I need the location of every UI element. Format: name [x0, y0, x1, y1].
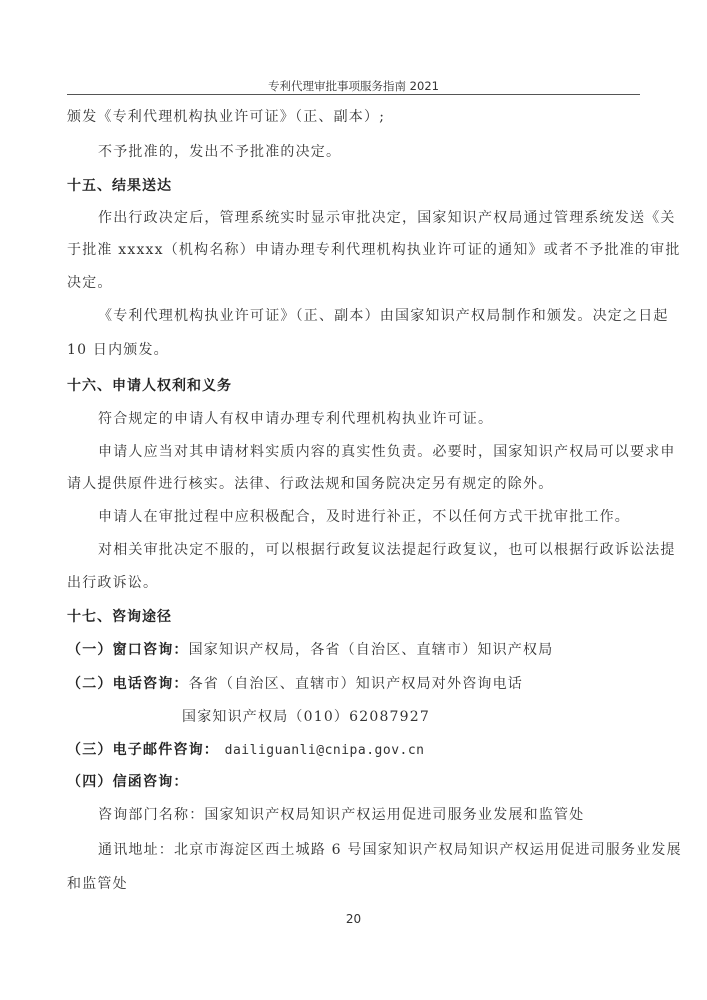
paragraph-line: 颁发《专利代理机构执业许可证》（正、副本）; [67, 107, 642, 127]
section-heading-17: 十七、咨询途径 [67, 607, 642, 627]
consult-letter-label: （四）信函咨询： [67, 772, 642, 792]
paragraph-line: 《专利代理机构执业许可证》（正、副本）由国家知识产权局制作和颁发。决定之日起 [67, 306, 673, 326]
section-heading-16: 十六、申请人权利和义务 [67, 376, 642, 396]
page-number: 20 [0, 912, 707, 926]
paragraph-line: 申请人在审批过程中应积极配合，及时进行补正，不以任何方式干扰审批工作。 [67, 507, 673, 527]
paragraph-line: 符合规定的申请人有权申请办理专利代理机构执业许可证。 [67, 409, 673, 429]
paragraph-line: 决定。 [67, 273, 642, 293]
consult-window-label: （一）窗口咨询： [67, 642, 189, 658]
consult-address-line: 和监管处 [67, 874, 642, 894]
consult-address-line: 通讯地址：北京市海淀区西土城路 6 号国家知识产权局知识产权运用促进司服务业发展 [67, 840, 673, 860]
consult-email-row: （三）电子邮件咨询： dailiguanli@cnipa.gov.cn [67, 740, 642, 761]
page-header-title: 专利代理审批事项服务指南 2021 [0, 78, 707, 94]
section-heading-15: 十五、结果送达 [67, 176, 642, 196]
consult-dept: 咨询部门名称：国家知识产权局知识产权运用促进司服务业发展和监管处 [67, 805, 673, 825]
consult-phone-label: （二）电话咨询： [67, 676, 189, 692]
consult-phone-value-2: 国家知识产权局（010）62087927 [67, 707, 707, 727]
header-divider [67, 94, 640, 95]
email-link[interactable]: dailiguanli@cnipa.gov.cn [225, 743, 425, 758]
paragraph-line: 不予批准的，发出不予批准的决定。 [67, 142, 673, 162]
paragraph-line: 出行政诉讼。 [67, 573, 642, 593]
paragraph-line: 10 日内颁发。 [67, 340, 642, 360]
consult-phone-value: 各省（自治区、直辖市）知识产权局对外咨询电话 [189, 676, 523, 692]
consult-window-value: 国家知识产权局，各省（自治区、直辖市）知识产权局 [189, 642, 554, 658]
paragraph-line: 请人提供原件进行核实。法律、行政法规和国务院决定另有规定的除外。 [67, 474, 642, 494]
consult-window-row: （一）窗口咨询：国家知识产权局，各省（自治区、直辖市）知识产权局 [67, 640, 642, 660]
consult-email-label: （三）电子邮件咨询： [67, 742, 219, 758]
paragraph-line: 作出行政决定后，管理系统实时显示审批决定，国家知识产权局通过管理系统发送《关 [67, 208, 673, 228]
paragraph-line: 于批准 xxxxx（机构名称）申请办理专利代理机构执业许可证的通知》或者不予批准… [67, 240, 642, 260]
paragraph-line: 对相关审批决定不服的，可以根据行政复议法提起行政复议，也可以根据行政诉讼法提 [67, 540, 673, 560]
paragraph-line: 申请人应当对其申请材料实质内容的真实性负责。必要时，国家知识产权局可以要求申 [67, 442, 673, 462]
consult-phone-row: （二）电话咨询：各省（自治区、直辖市）知识产权局对外咨询电话 [67, 674, 642, 694]
